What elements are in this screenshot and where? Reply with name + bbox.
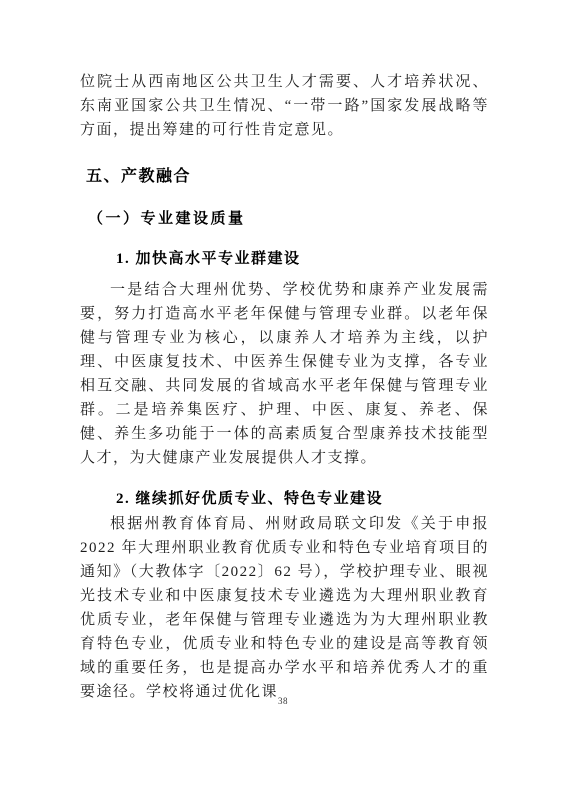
text-block: 位院士从西南地区公共卫生人才需要、人才培养状况、东南亚国家公共卫生情况、“一带一… [80, 70, 489, 704]
item1-paragraph: 一是结合大理州优势、学校优势和康养产业发展需要，努力打造高水平老年保健与管理专业… [80, 278, 489, 470]
item2-paragraph: 根据州教育体育局、州财政局联文印发《关于申报 2022 年大理州职业教育优质专业… [80, 512, 489, 704]
subsection-heading: （一）专业建设质量 [88, 207, 489, 231]
document-page: 位院士从西南地区公共卫生人才需要、人才培养状况、东南亚国家公共卫生情况、“一带一… [0, 0, 566, 800]
section-heading: 五、产教融合 [86, 165, 489, 189]
item1-heading: 1. 加快高水平专业群建设 [116, 247, 489, 271]
item2-heading: 2. 继续抓好优质专业、特色专业建设 [116, 487, 489, 511]
page-footer: 38 [0, 691, 566, 709]
page-number: 38 [278, 696, 288, 706]
continuation-paragraph: 位院士从西南地区公共卫生人才需要、人才培养状况、东南亚国家公共卫生情况、“一带一… [80, 70, 489, 142]
